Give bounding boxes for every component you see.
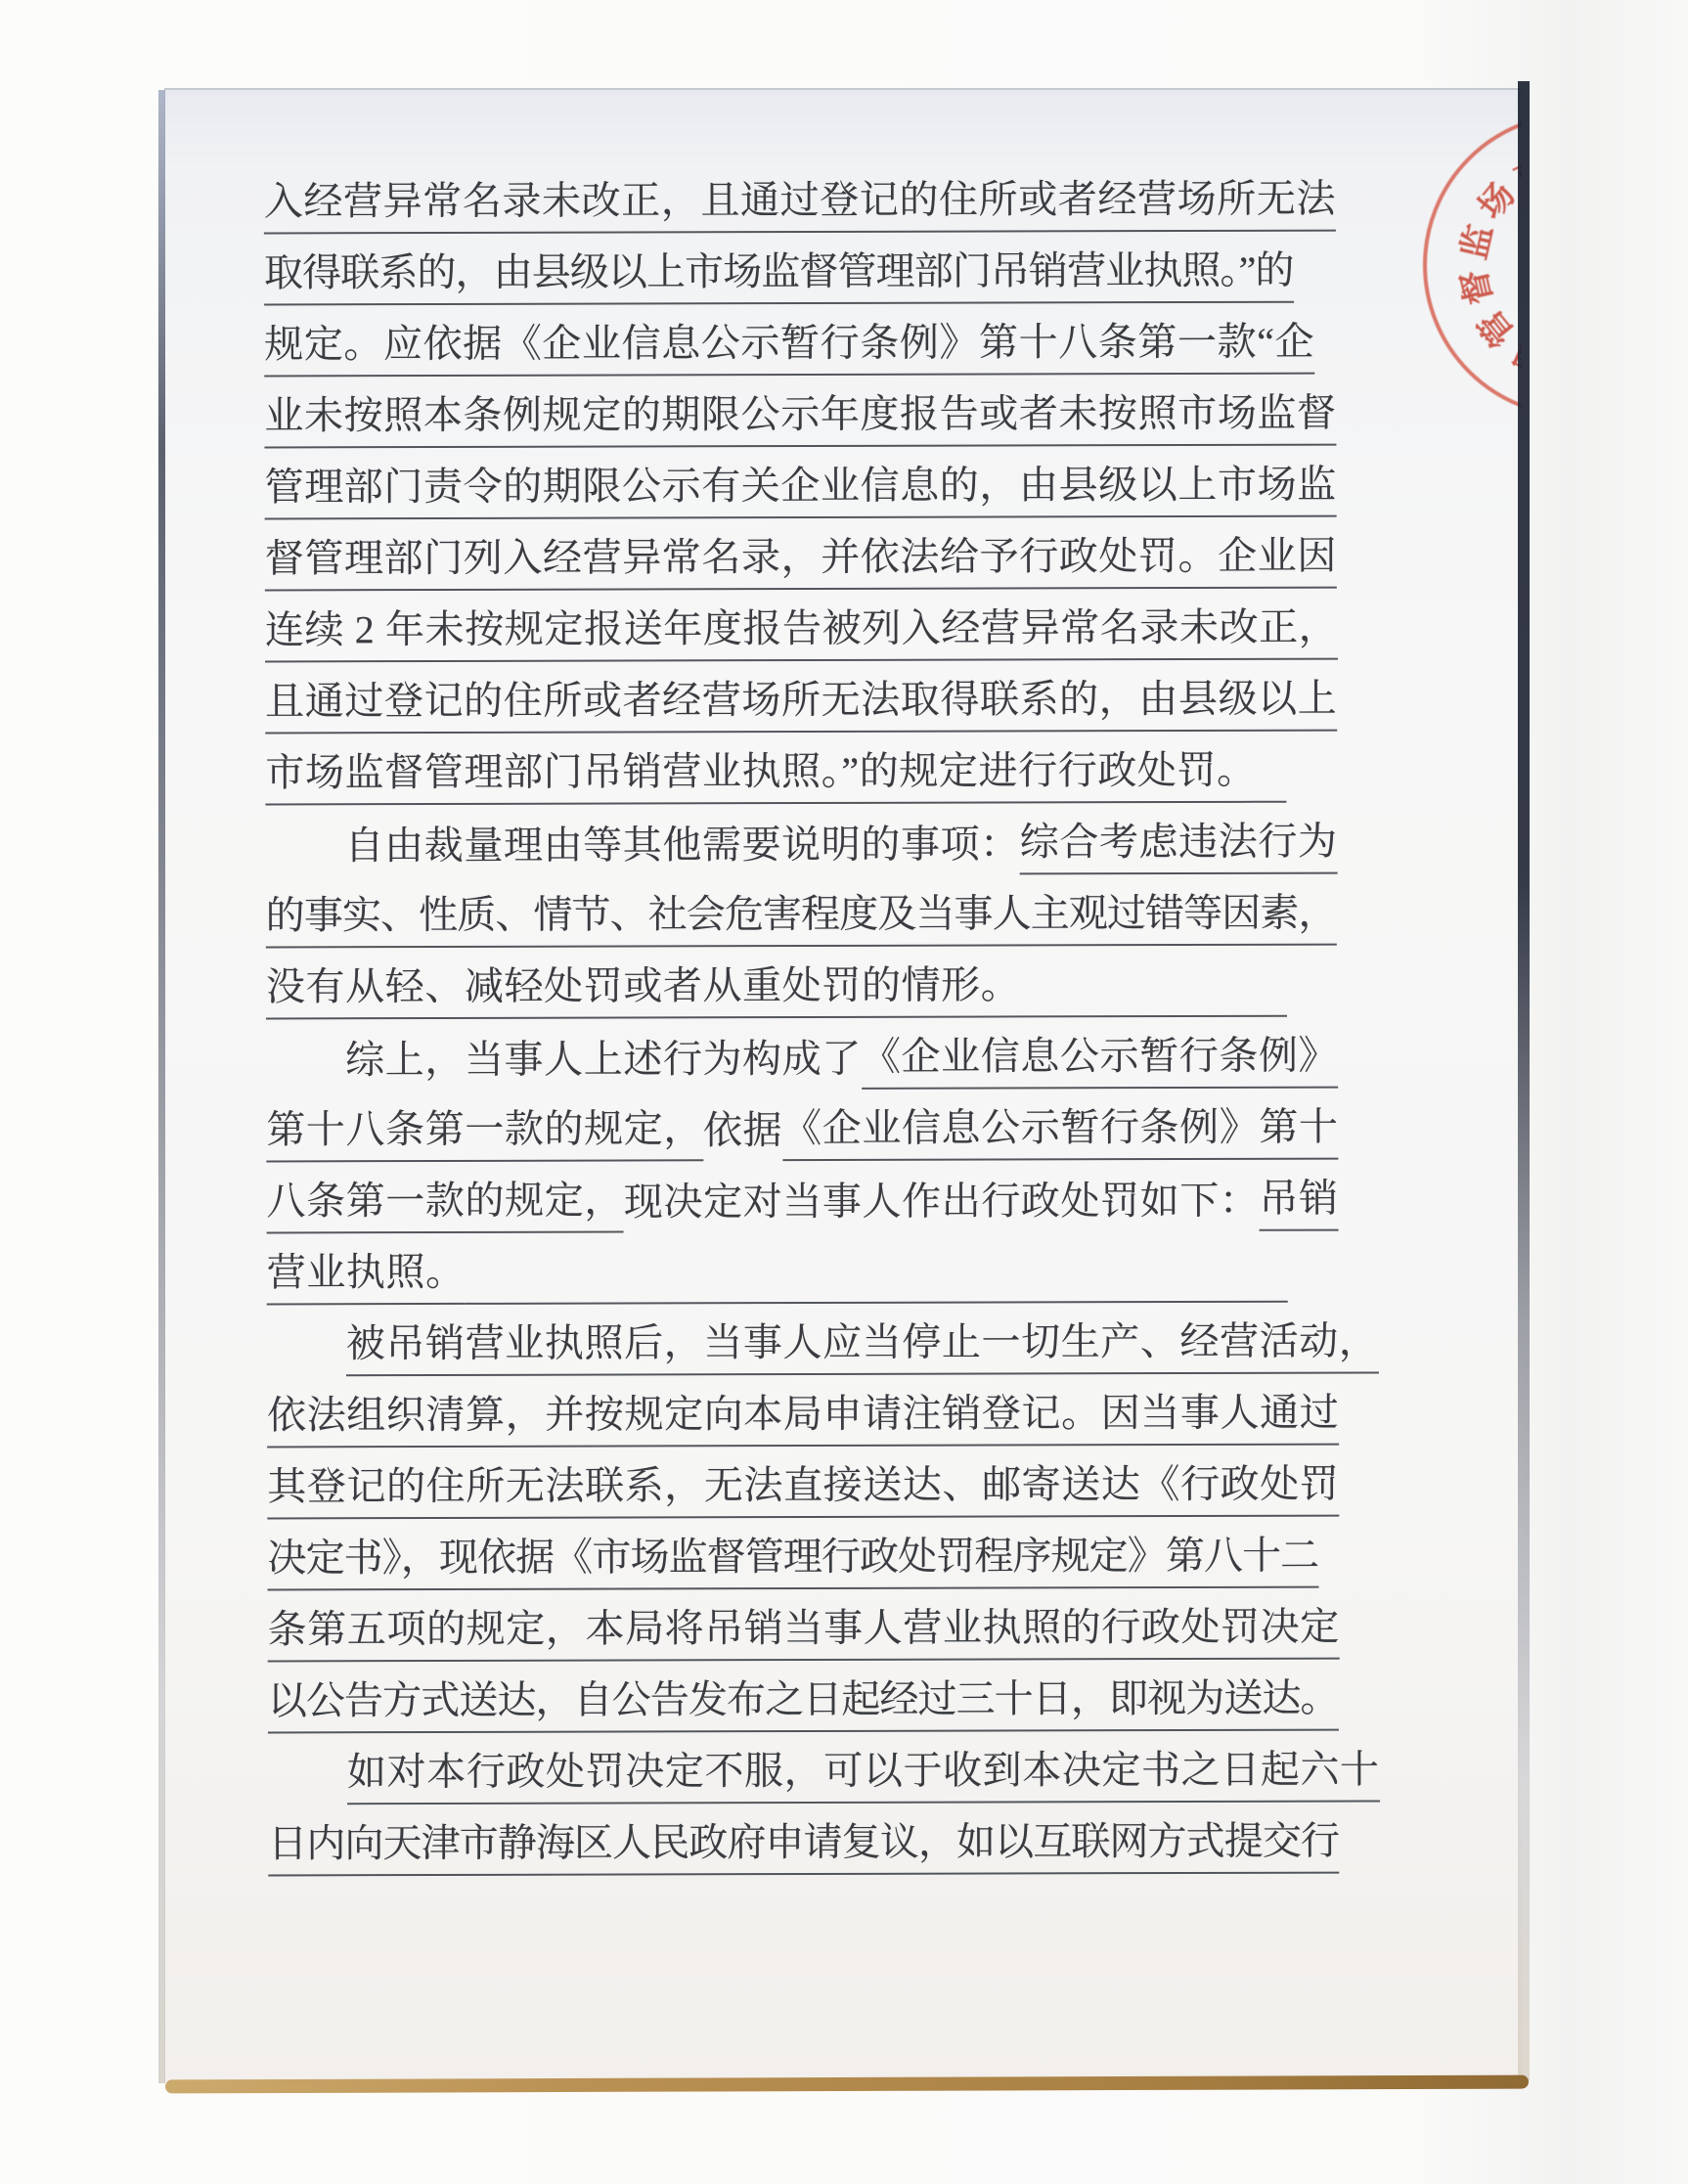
text-line: 自由裁量理由等其他需要说明的事项：综合考虑违法行为 <box>265 803 1347 877</box>
paper-right-edge-shadow <box>1518 81 1530 2080</box>
text-line: 决定书》，现依据《市场监督管理行政处罚程序规定》第八十二 <box>267 1517 1349 1591</box>
underlined-text-segment: 日内向天津市静海区人民政府申请复议，如以互联网方式提交行 <box>268 1810 1339 1877</box>
text-line: 规定。应依据《企业信息公示暂行条例》第十八条第一款“企 <box>264 303 1346 378</box>
text-line: 其登记的住所无法联系，无法直接送达、邮寄送达《行政处罚 <box>267 1446 1349 1520</box>
text-line: 综上，当事人上述行为构成了《企业信息公示暂行条例》 <box>266 1017 1348 1092</box>
underlined-text-segment: 业未按照本条例规定的期限公示年度报告或者未按照市场监督 <box>264 382 1336 449</box>
seal-character: 监 <box>1456 221 1497 262</box>
underlined-text-segment: 督管理部门列入经营异常名录，并依法给予行政处罚。企业因 <box>265 525 1337 592</box>
text-line: 的事实、性质、情节、社会危害程度及当事人主观过错等因素， <box>266 874 1348 949</box>
underlined-text-segment: 且通过登记的住所或者经营场所无法取得联系的，由县级以上 <box>265 668 1337 735</box>
text-line: 依法组织清算，并按规定向本局申请注销登记。因当事人通过 <box>267 1374 1349 1449</box>
underlined-text-segment: 的事实、性质、情节、社会危害程度及当事人主观过错等因素， <box>266 882 1337 949</box>
text-line: 被吊销营业执照后，当事人应当停止一切生产、经营活动， <box>267 1303 1349 1377</box>
underlined-text-segment: 条第五项的规定，本局将吊销当事人营业执照的行政处罚决定 <box>268 1596 1340 1663</box>
underlined-text-segment: 第十八条第一款的规定， <box>266 1097 703 1162</box>
text-line: 管理部门责令的期限公示有关企业信息的，由县级以上市场监 <box>264 446 1346 520</box>
text-line: 如对本行政处罚决定不服，可以于收到本决定书之日起六十 <box>268 1731 1350 1805</box>
official-seal-stamp: 市场监督管理 <box>1423 112 1522 418</box>
underlined-text-segment: 管理部门责令的期限公示有关企业信息的，由县级以上市场监 <box>264 454 1336 520</box>
text-line: 且通过登记的住所或者经营场所无法取得联系的，由县级以上 <box>265 660 1347 735</box>
underlined-text-segment: 没有从轻、减轻处罚或者从重处罚的情形。 <box>266 954 1021 1019</box>
text-line: 条第五项的规定，本局将吊销当事人营业执照的行政处罚决定 <box>268 1588 1350 1663</box>
text-line: 没有从轻、减轻处罚或者从重处罚的情形。 <box>266 946 1348 1020</box>
underlined-text-segment: 市场监督管理部门吊销营业执照。”的规定进行行政处罚。 <box>265 739 1257 806</box>
underlined-text-segment: 综合考虑违法行为 <box>1020 811 1338 875</box>
text-line: 取得联系的，由县级以上市场监督管理部门吊销营业执照。”的 <box>264 232 1346 306</box>
text-line: 市场监督管理部门吊销营业执照。”的规定进行行政处罚。 <box>265 732 1347 806</box>
underlined-text-segment: 《企业信息公示暂行条例》 <box>862 1025 1338 1090</box>
text-line: 日内向天津市静海区人民政府申请复议，如以互联网方式提交行 <box>268 1803 1350 1877</box>
blank-underline-fill <box>1257 801 1287 803</box>
seal-character: 督 <box>1456 267 1497 308</box>
underlined-text-segment: 入经营异常名录未改正，且通过登记的住所或者经营场所无法 <box>264 168 1336 235</box>
text-line: 督管理部门列入经营异常名录，并依法给予行政处罚。企业因 <box>265 517 1347 592</box>
underlined-text-segment: 规定。应依据《企业信息公示暂行条例》第十八条第一款“企 <box>264 311 1314 378</box>
text-line: 连续 2 年未按规定报送年度报告被列入经营异常名录未改正， <box>265 589 1347 663</box>
document-text: 入经营异常名录未改正，且通过登记的住所或者经营场所无法取得联系的，由县级以上市场… <box>264 160 1351 1877</box>
underlined-text-segment: 决定书》，现依据《市场监督管理行政处罚程序规定》第八十二 <box>267 1525 1318 1591</box>
paper-left-edge-shadow <box>158 90 165 2083</box>
text-line: 第十八条第一款的规定，依据《企业信息公示暂行条例》第十 <box>266 1089 1348 1163</box>
underlined-text-segment: 依法组织清算，并按规定向本局申请注销登记。因当事人通过 <box>267 1382 1339 1449</box>
underlined-text-segment: 其登记的住所无法联系，无法直接送达、邮寄送达《行政处罚 <box>267 1453 1339 1520</box>
underlined-text-segment: 《企业信息公示暂行条例》第十 <box>782 1096 1339 1161</box>
underlined-text-segment: 营业执照。 <box>267 1241 466 1306</box>
underlined-text-segment: 连续 2 年未按规定报送年度报告被列入经营异常名录未改正， <box>265 597 1339 663</box>
text-line: 入经营异常名录未改正，且通过登记的住所或者经营场所无法 <box>264 160 1346 235</box>
underlined-text-segment: 吊销 <box>1259 1168 1338 1231</box>
underlined-text-segment: 被吊销营业执照后，当事人应当停止一切生产、经营活动， <box>346 1310 1379 1376</box>
text-line: 业未按照本条例规定的期限公示年度报告或者未按照市场监督 <box>264 375 1346 449</box>
text-line: 营业执照。 <box>267 1231 1349 1306</box>
underlined-text-segment: 如对本行政处罚决定不服，可以于收到本决定书之日起六十 <box>347 1738 1380 1805</box>
text-line: 八条第一款的规定，现决定对当事人作出行政处罚如下：吊销 <box>266 1160 1348 1234</box>
underlined-text-segment: 取得联系的，由县级以上市场监督管理部门吊销营业执照。”的 <box>264 240 1294 306</box>
seal-character: 管 <box>1473 304 1521 352</box>
underlined-text-segment: 八条第一款的规定， <box>266 1169 624 1233</box>
plain-text-segment: 综上，当事人上述行为构成了 <box>345 1028 862 1091</box>
plain-text-segment: 现决定对当事人作出行政处罚如下： <box>624 1170 1260 1233</box>
document-page: 市场监督管理 入经营异常名录未改正，且通过登记的住所或者经营场所无法取得联系的，… <box>164 88 1522 2083</box>
photo-of-document: { "document": { "language": "zh-CN", "li… <box>0 0 1688 2184</box>
underlined-text-segment: 以公告方式送达，自公告发布之日起经过三十日，即视为送达。 <box>268 1668 1339 1734</box>
seal-character: 场 <box>1473 177 1521 225</box>
plain-text-segment: 自由裁量理由等其他需要说明的事项： <box>344 813 1019 876</box>
plain-text-segment: 依据 <box>703 1099 782 1161</box>
text-line: 以公告方式送达，自公告发布之日起经过三十日，即视为送达。 <box>268 1660 1350 1734</box>
